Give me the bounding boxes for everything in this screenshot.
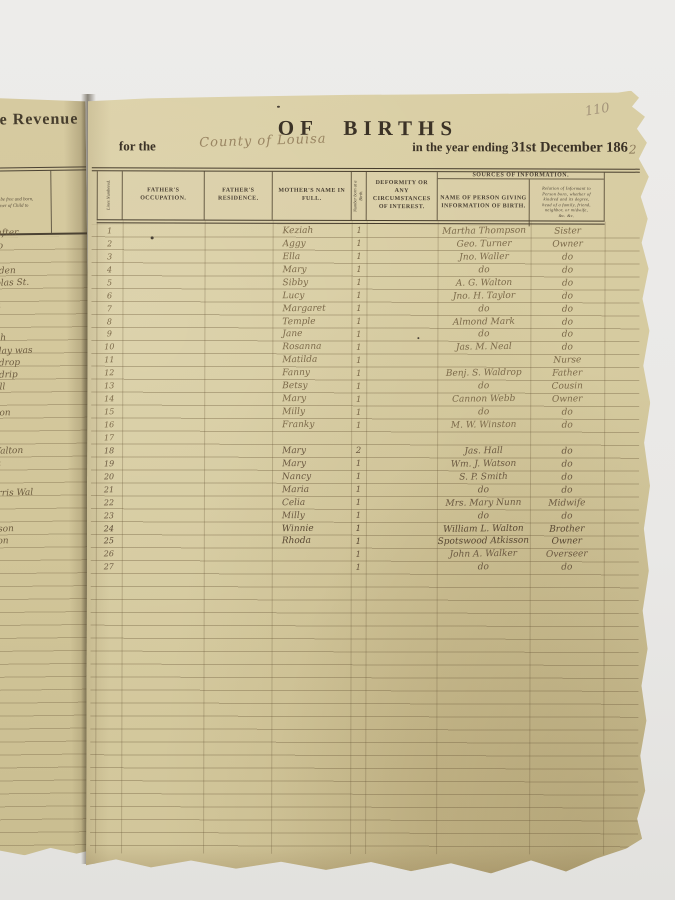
left-page-entry-fragment: mo [0, 241, 3, 251]
cell-born: 1 [351, 305, 366, 315]
register-row: 24Winnie1William L. WaltonBrother [96, 521, 604, 535]
register-row: 5Sibby1A. G. Waltondo [97, 275, 605, 289]
col-sources-group: SOURCES OF INFORMATION. NAME OF PERSON G… [438, 172, 605, 220]
cell-mother: Betsy [272, 381, 351, 392]
cell-born: 1 [351, 486, 366, 496]
register-row: 19Mary1Wm. J. Watsondo [96, 456, 604, 470]
cell-no: 19 [96, 460, 122, 469]
cell-mother: Mary [272, 394, 351, 405]
cell-born: 1 [351, 383, 366, 393]
register-row: 20Nancy1S. P. Smithdo [96, 469, 604, 483]
cell-relation: do [530, 473, 604, 484]
left-fine-print-line2: of Owner of Child to [0, 203, 28, 208]
cell-no: 20 [96, 473, 122, 482]
cell-no: 17 [96, 434, 122, 443]
cell-mother: Mary [272, 446, 351, 457]
left-fine-print-line1: Child be free and born, [0, 197, 33, 202]
cell-informant: A. G. Walton [437, 278, 530, 289]
register-row: 22Celia1Mrs. Mary NunnMidwife [96, 495, 604, 509]
left-page-entry-fragment: aldrip [0, 370, 18, 381]
register-row: 261John A. WalkerOverseer [96, 547, 604, 561]
cell-born: 1 [351, 538, 366, 548]
col-line-number-label: Lines Numbered. [107, 180, 113, 210]
cell-no: 27 [96, 563, 122, 572]
left-page-entries: s aftermoaAldenholas St.ahashaday wasald… [0, 96, 85, 97]
left-page-entry-fragment: arris Wal [0, 488, 33, 499]
cell-no: 4 [96, 266, 122, 275]
cell-no: 8 [96, 318, 122, 327]
left-page-entry-fragment: hill [0, 382, 5, 392]
cell-mother: Matilda [272, 356, 351, 367]
cell-relation: Father [530, 369, 604, 380]
left-page-entry-fragment: holas St. [0, 278, 29, 289]
cell-mother: Rosanna [272, 343, 351, 354]
register-row: 8Temple1Almond Markdo [96, 314, 604, 328]
register-row: 18Mary2Jas. Halldo [96, 443, 604, 457]
cell-born: 2 [351, 447, 366, 457]
paper-speck [277, 106, 280, 108]
cell-relation: Owner [530, 537, 604, 548]
cell-born: 1 [351, 292, 366, 302]
cell-relation: Nurse [530, 356, 604, 367]
cell-informant: do [437, 511, 530, 522]
cell-informant: Geo. Turner [438, 239, 531, 250]
left-page-entry-fragment: s after [0, 228, 19, 239]
cell-relation: Owner [530, 395, 604, 406]
cell-informant: Jno. H. Taylor [437, 291, 530, 302]
register-row: 10Rosanna1Jas. M. Nealdo [96, 340, 604, 354]
cell-informant: Jno. Waller [438, 252, 531, 263]
cell-informant: Spotswood Atkisson [437, 537, 530, 548]
cell-relation: Overseer [530, 550, 604, 561]
cell-mother: Temple [272, 317, 351, 328]
cell-born: 1 [351, 512, 366, 522]
cell-relation: do [530, 563, 604, 574]
cell-informant: Mrs. Mary Nunn [437, 498, 530, 509]
register-row: 9Jane1dodo [96, 327, 604, 341]
cell-informant: Wm. J. Watson [437, 459, 530, 470]
cell-informant: Jas. M. Neal [437, 343, 530, 354]
year-prefix: in the year ending [412, 140, 508, 154]
col-line-number: Lines Numbered. [97, 171, 123, 219]
birth-register-table: Lines Numbered. FATHER'S OCCUPATION. FAT… [96, 171, 605, 574]
register-row: 15Milly1dodo [96, 404, 604, 418]
cell-born: 1 [352, 227, 367, 237]
cell-born: 1 [351, 460, 366, 470]
cell-born: 1 [351, 331, 366, 341]
cell-relation: do [530, 305, 604, 316]
cell-relation: do [530, 486, 604, 497]
cell-born: 1 [351, 344, 366, 354]
cell-born: 1 [351, 318, 366, 328]
cell-no: 26 [96, 550, 122, 559]
cell-informant: do [437, 408, 530, 419]
cell-relation: do [531, 253, 605, 264]
cell-relation: do [530, 292, 604, 303]
cell-born: 1 [351, 499, 366, 509]
cell-informant: Benj. S. Waldrop [437, 369, 530, 380]
left-page-entry-fragment: aldrop [0, 358, 20, 369]
cell-born: 1 [351, 525, 366, 535]
paper-speck [417, 337, 419, 339]
for-the-label: for the [119, 138, 156, 154]
column-lines [88, 89, 658, 90]
register-row: 13Betsy1doCousin [96, 379, 604, 393]
cell-relation: do [530, 266, 604, 277]
cell-no: 24 [96, 525, 122, 534]
cell-mother: Franky [272, 420, 351, 431]
cell-mother: Keziah [273, 226, 352, 237]
cell-relation: Sister [531, 227, 605, 238]
year-ending-label: in the year ending 31st December 186 [338, 139, 628, 157]
cell-relation: Owner [531, 240, 605, 251]
cell-mother: Rhoda [272, 537, 351, 548]
cell-mother: Maria [272, 485, 351, 496]
cell-no: 2 [97, 240, 123, 249]
cell-informant: S. P. Smith [437, 472, 530, 483]
cell-relation: do [530, 447, 604, 458]
cell-no: 23 [96, 512, 122, 521]
col-father-residence: FATHER'S RESIDENCE. [205, 172, 273, 220]
cell-relation: do [530, 421, 604, 432]
cell-mother: Mary [272, 459, 351, 470]
left-page-entry-fragment: ston [0, 408, 11, 419]
photo-background: e Revenue Child be free and born, of Own… [0, 0, 675, 900]
cell-no: 13 [96, 382, 122, 391]
register-row: 271dodo [96, 560, 604, 574]
register-row: 25Rhoda1Spotswood AtkissonOwner [96, 534, 604, 548]
cell-mother: Lucy [272, 291, 351, 302]
register-row: 3Ella1Jno. Wallerdo [97, 249, 605, 263]
cell-informant: do [437, 485, 530, 496]
cell-informant: M. W. Winston [437, 421, 530, 432]
register-row: 21Maria1dodo [96, 482, 604, 496]
left-page-column-header: Child be free and born, of Owner of Chil… [0, 170, 87, 235]
cell-mother: Aggy [273, 239, 352, 250]
cell-relation: do [530, 317, 604, 328]
cell-no: 3 [97, 253, 123, 262]
cell-no: 9 [96, 331, 122, 340]
cell-mother: Winnie [272, 524, 351, 535]
cell-born: 1 [351, 370, 366, 380]
cell-relation: Brother [530, 524, 604, 535]
cell-mother: Fanny [272, 369, 351, 380]
cell-relation: Cousin [530, 382, 604, 393]
cell-born: 1 [351, 408, 366, 418]
col-number-born-label: Number born at a Birth. [353, 178, 365, 215]
cell-informant: Jas. Hall [437, 446, 530, 457]
col-informant-relation-label: Relation of Informant to Person born, wh… [541, 187, 593, 220]
cell-born: 1 [351, 266, 366, 276]
cell-informant: Almond Mark [437, 317, 530, 328]
cell-no: 22 [96, 499, 122, 508]
cell-no: 6 [96, 292, 122, 301]
cell-informant: do [437, 330, 530, 341]
cell-born: 1 [351, 564, 366, 574]
cell-born: 1 [351, 395, 366, 405]
left-page-entry-fragment: aday was [0, 346, 33, 357]
cell-born: 1 [351, 473, 366, 483]
left-page-entry-fragment: kson [0, 524, 14, 535]
cell-no: 5 [96, 279, 122, 288]
col-number-born: Number born at a Birth. [352, 172, 367, 220]
cell-born: 1 [351, 551, 366, 561]
register-row: 6Lucy1Jno. H. Taylordo [96, 288, 604, 302]
cell-no: 7 [96, 305, 122, 314]
cell-no: 12 [96, 369, 122, 378]
cell-mother: Sibby [272, 278, 351, 289]
cell-no: 11 [96, 356, 122, 365]
cell-mother: Milly [272, 511, 351, 522]
table-body: 1Keziah1Martha ThompsonSister2Aggy1Geo. … [96, 223, 605, 574]
cell-mother: Nancy [272, 472, 351, 483]
cell-relation: Midwife [530, 499, 604, 510]
table-header: Lines Numbered. FATHER'S OCCUPATION. FAT… [97, 171, 605, 224]
cell-informant: William L. Walton [437, 524, 530, 535]
left-page-entry-fragment: son [0, 536, 9, 546]
cell-informant: Cannon Webb [437, 395, 530, 406]
register-page: 110 OF BIRTHS for the County of Louisa i… [86, 89, 658, 876]
paper-speck [151, 236, 154, 239]
register-row: 11Matilda1Nurse [96, 353, 604, 367]
cell-born: 1 [352, 240, 367, 250]
cell-relation: do [530, 279, 604, 290]
cell-born: 1 [351, 357, 366, 367]
cell-mother: Mary [272, 265, 351, 276]
cell-no: 14 [96, 395, 122, 404]
cell-no: 10 [96, 343, 122, 352]
cell-no: 21 [96, 486, 122, 495]
year-date: 31st December 186 [511, 139, 628, 155]
cell-informant: John A. Walker [437, 550, 530, 561]
col-father-occupation: FATHER'S OCCUPATION. [123, 171, 205, 219]
register-row: 12Fanny1Benj. S. WaldropFather [96, 366, 604, 380]
cell-mother: Ella [273, 252, 352, 263]
cell-informant: do [437, 563, 530, 574]
cell-no: 25 [96, 538, 122, 547]
register-row: 17 [96, 430, 604, 444]
cell-no: 18 [96, 447, 122, 456]
cell-born [351, 443, 366, 444]
year-digit-handwritten: 2 [629, 143, 637, 157]
cell-born: 1 [351, 421, 366, 431]
cell-relation: do [530, 460, 604, 471]
left-page-entry-fragment: Alden [0, 266, 16, 277]
col-mother-name: MOTHER'S NAME IN FULL. [273, 172, 352, 220]
register-row: 16Franky1M. W. Winstondo [96, 417, 604, 431]
cell-mother: Celia [272, 498, 351, 509]
cell-informant: do [437, 382, 530, 393]
register-row: 4Mary1dodo [97, 262, 605, 276]
left-page-fine-print: Child be free and born, of Owner of Chil… [0, 197, 51, 210]
cell-relation: do [530, 512, 604, 523]
cell-born: 1 [351, 279, 366, 289]
left-page-heading: e Revenue [0, 111, 78, 130]
cell-informant: do [437, 265, 530, 276]
cell-no: 15 [96, 408, 122, 417]
cell-no: 1 [97, 227, 123, 236]
cell-relation: do [530, 330, 604, 341]
cell-relation: do [530, 408, 604, 419]
cell-born: 1 [352, 253, 367, 263]
col-deformity: DEFORMITY OR ANY CIRCUMSTANCES OF INTERE… [367, 172, 438, 220]
cell-relation: do [530, 343, 604, 354]
cell-informant: Martha Thompson [438, 227, 531, 238]
cell-no: 16 [96, 421, 122, 430]
col-informant-relation: Relation of Informant to Person born, wh… [530, 179, 604, 226]
register-row: 2Aggy1Geo. TurnerOwner [97, 236, 605, 250]
register-row: 1Keziah1Martha ThompsonSister [97, 223, 605, 237]
register-row: 7Margaret1dodo [96, 301, 604, 315]
register-row: 23Milly1dodo [96, 508, 604, 522]
left-page-entry-fragment: Walton [0, 446, 23, 457]
cell-informant: do [437, 304, 530, 315]
col-informant-name: NAME OF PERSON GIVING INFORMATION OF BIR… [438, 179, 531, 226]
sources-subcolumns: NAME OF PERSON GIVING INFORMATION OF BIR… [438, 179, 604, 226]
register-row: 14Mary1Cannon WebbOwner [96, 391, 604, 405]
cell-mother: Milly [272, 407, 351, 418]
cell-mother: Margaret [272, 304, 351, 315]
cell-mother: Jane [272, 330, 351, 341]
left-page-entry-fragment: ash [0, 333, 6, 343]
